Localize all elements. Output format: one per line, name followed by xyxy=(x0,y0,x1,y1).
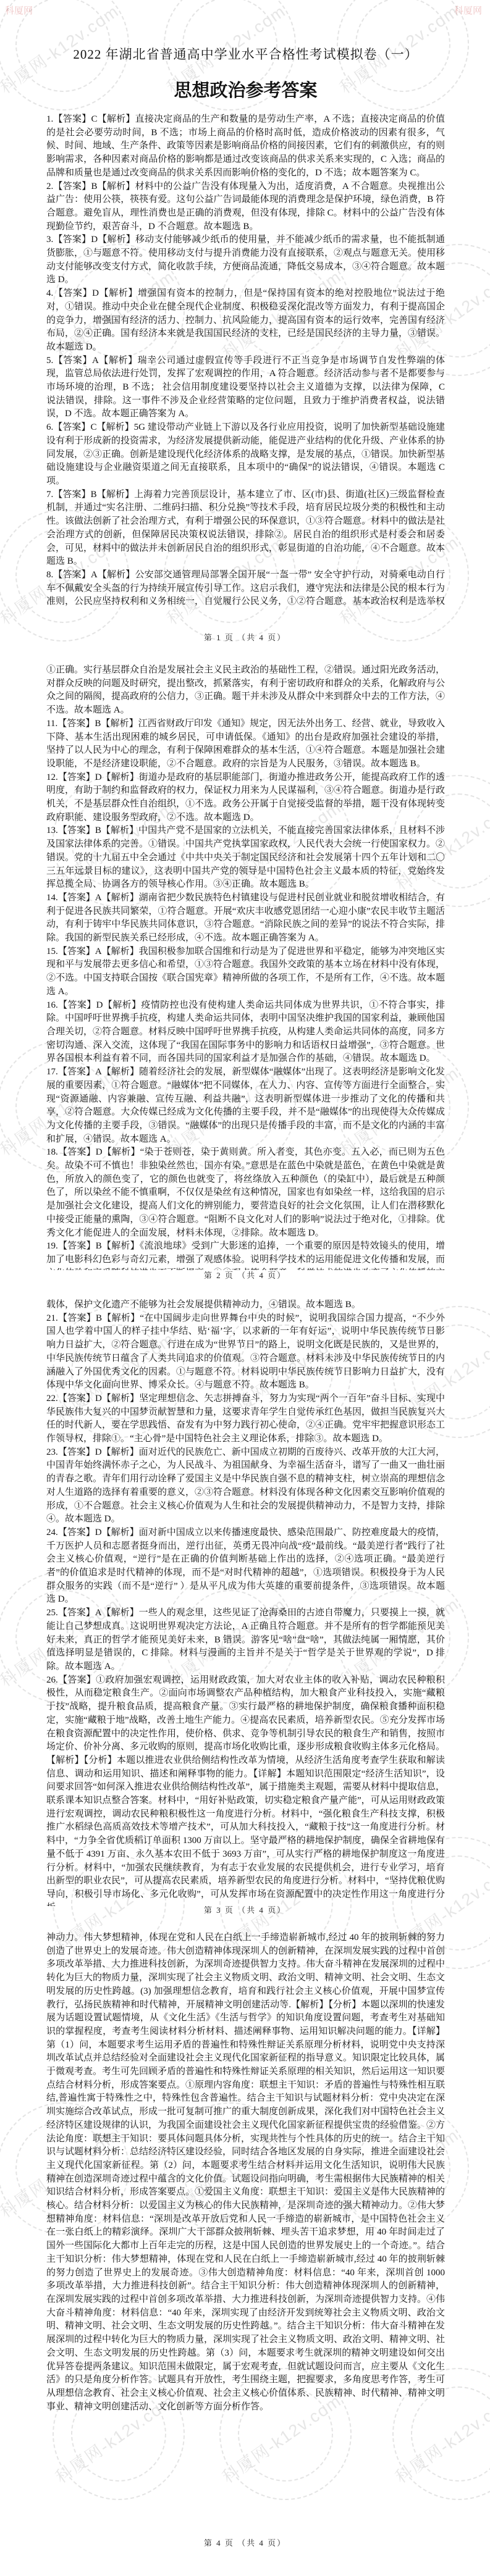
paragraph: 11.【答案】B【解析】江西省财政厅印发《通知》规定，因无法外出务工、经营、就业… xyxy=(46,717,445,771)
paragraph: 23.【答案】D【解析】面对近代的民族危亡、新中国成立初期的百废待兴、改革开放的… xyxy=(46,1446,445,1526)
paragraph: 17.【答案】A【解析】随着经济社会的发展，新型媒体“融媒体”出现了。这表明经济… xyxy=(46,1066,445,1146)
paragraph: 24.【答案】D【解析】面对新中国成立以来传播速度最快、感染范围最广、防控难度最… xyxy=(46,1526,445,1607)
paragraph: 13.【答案】B【解析】中国共产党不是国家的立法机关，不能直接完善国家法律体系，… xyxy=(46,824,445,892)
page-4: 神动力。伟大梦想精神，体现在党和人民在白纸上一手缔造崭新城市,经过 40 年的披… xyxy=(0,1920,490,2576)
page-3-footer: 第 3 页 （共 4 页） xyxy=(0,1904,490,1915)
answer-key-subtitle: 思想政治参考答案 xyxy=(46,77,445,102)
paragraph: ①正确。实行基层群众自治是发展社会主义民主政治的基础性工程，②错误。通过阳光政务… xyxy=(46,664,445,717)
page-4-footer: 第 4 页 （共 4 页） xyxy=(0,2536,490,2548)
paragraph: 21.【答案】B【解析】“在中国阔步走向世界舞台中央的时候”，说明我国综合国力提… xyxy=(46,1312,445,1392)
paragraph: 【解析】【分析】本题以推进农业供给侧结构性改革为情境，从经济生活角度考查学生获取… xyxy=(46,1754,445,1906)
page-3-body: 载体，保护文化遗产不能够为社会发展提供精神动力，④错误。故本题选 B。21.【答… xyxy=(46,1298,445,1906)
page-1-footer: 第 1 页 （共 4 页） xyxy=(0,631,490,643)
paragraph: 15.【答案】A【解析】我国积极参加联合国维和行动是为了促进世界和平稳定，能够为… xyxy=(46,945,445,999)
page-4-body: 神动力。伟大梦想精神，体现在党和人民在白纸上一手缔造崭新城市,经过 40 年的披… xyxy=(46,1931,445,2536)
paragraph: 25.【答案】A【解析】一些人的观念里，这些见证了沧海桑田的古迹自带魔力，只要摸… xyxy=(46,1607,445,1674)
page-2-body: ①正确。实行基层群众自治是发展社会主义民主政治的基础性工程，②错误。通过阳光政务… xyxy=(46,664,445,1270)
paragraph: 2.【答案】B【解析】材料中的公益广告没有体现量入为出，适度消费，A 不合题意。… xyxy=(46,180,445,234)
paragraph: 16.【答案】D【解析】疫情防控也没有使构建人类命运共同体成为世界共识，①不符合… xyxy=(46,999,445,1066)
paragraph: 18.【答案】D【解析】“染于苍则苍，染于黄则黄。所入者变，其色亦变。五入必，而… xyxy=(46,1146,445,1240)
paragraph: 19.【答案】B【解析】《流浪地球》受到广大影迷的追捧，一个重要的原因是特效镜头… xyxy=(46,1240,445,1270)
paragraph: 1.【答案】C【解析】直接决定商品的生产和数量的是劳动生产率，A 不选；直接决定… xyxy=(46,113,445,180)
paragraph: 4.【答案】D【解析】增强国有资本的控制力，但是“保持国有资本的绝对控股地位”说… xyxy=(46,287,445,354)
paragraph: 5.【答案】A【解析】瑞幸公司通过虚假宣传等手段进行不正当竞争是市场调节自发性弊… xyxy=(46,354,445,422)
paragraph: 12.【答案】D【解析】街道办是政府的基层职能部门，街道办推进政务公开，能提高政… xyxy=(46,771,445,825)
paragraph: 神动力。伟大梦想精神，体现在党和人民在白纸上一手缔造崭新城市,经过 40 年的披… xyxy=(46,1931,445,2414)
page-2-footer: 第 2 页 （共 4 页） xyxy=(0,1269,490,1281)
page-1-body: 1.【答案】C【解析】直接决定商品的生产和数量的是劳动生产率，A 不选；直接决定… xyxy=(46,113,445,607)
paragraph: 7.【答案】B【解析】上海着力完善顶层设计，基本建立了市、区(市)县、街道(社区… xyxy=(46,488,445,569)
paragraph: 14.【答案】A【解析】湖南省把少数民族特色村镇建设与促进村民创业就业和脱贫增收… xyxy=(46,892,445,945)
page-2: ①正确。实行基层群众自治是发展社会主义民主政治的基础性工程，②错误。通过阳光政务… xyxy=(0,651,490,1287)
paragraph: 26.【答案】①政府加强宏观调控，运用财政政策，加大对农业主体的收入补贴，调动农… xyxy=(46,1674,445,1754)
page-1: 2022 年湖北省普通高中学业水平合格性考试模拟卷（一） 思想政治参考答案 1.… xyxy=(0,0,490,651)
exam-title: 2022 年湖北省普通高中学业水平合格性考试模拟卷（一） xyxy=(46,0,445,63)
paragraph: 8.【答案】A【解析】公安部交通管理局部署全国开展“一盔一带” 安全守护行动，对… xyxy=(46,569,445,607)
paragraph: 6.【答案】C【解析】5G 建设带动产业链上下游以及各行业应用投资，说明了加快新… xyxy=(46,421,445,488)
paragraph: 22.【答案】D【解析】坚定理想信念、矢志拼搏奋斗，努力为实现“两个一百年”奋斗… xyxy=(46,1392,445,1446)
paragraph: 3.【答案】D【解析】移动支付能够减少纸币的使用量，并不能减少纸币的需求量，也不… xyxy=(46,233,445,287)
answer-key-document: 2022 年湖北省普通高中学业水平合格性考试模拟卷（一） 思想政治参考答案 1.… xyxy=(0,0,490,2576)
paragraph: 载体，保护文化遗产不能够为社会发展提供精神动力，④错误。故本题选 B。 xyxy=(46,1298,445,1312)
page-3: 载体，保护文化遗产不能够为社会发展提供精神动力，④错误。故本题选 B。21.【答… xyxy=(0,1287,490,1920)
